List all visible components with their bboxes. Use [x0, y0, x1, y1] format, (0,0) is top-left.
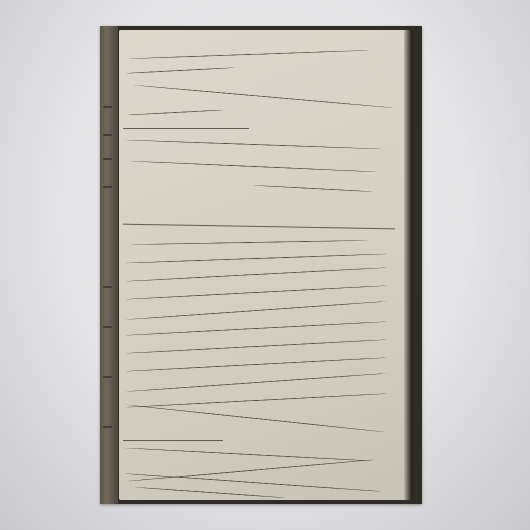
book-binding	[100, 26, 118, 504]
page-edge	[404, 30, 413, 500]
manuscript-poster: Poster print of a photographed handwritt…	[100, 26, 422, 504]
divider-rule	[123, 224, 395, 230]
divider-rule	[123, 128, 249, 129]
manuscript-page: Poster print of a photographed handwritt…	[119, 30, 413, 500]
divider-rule	[123, 440, 223, 441]
